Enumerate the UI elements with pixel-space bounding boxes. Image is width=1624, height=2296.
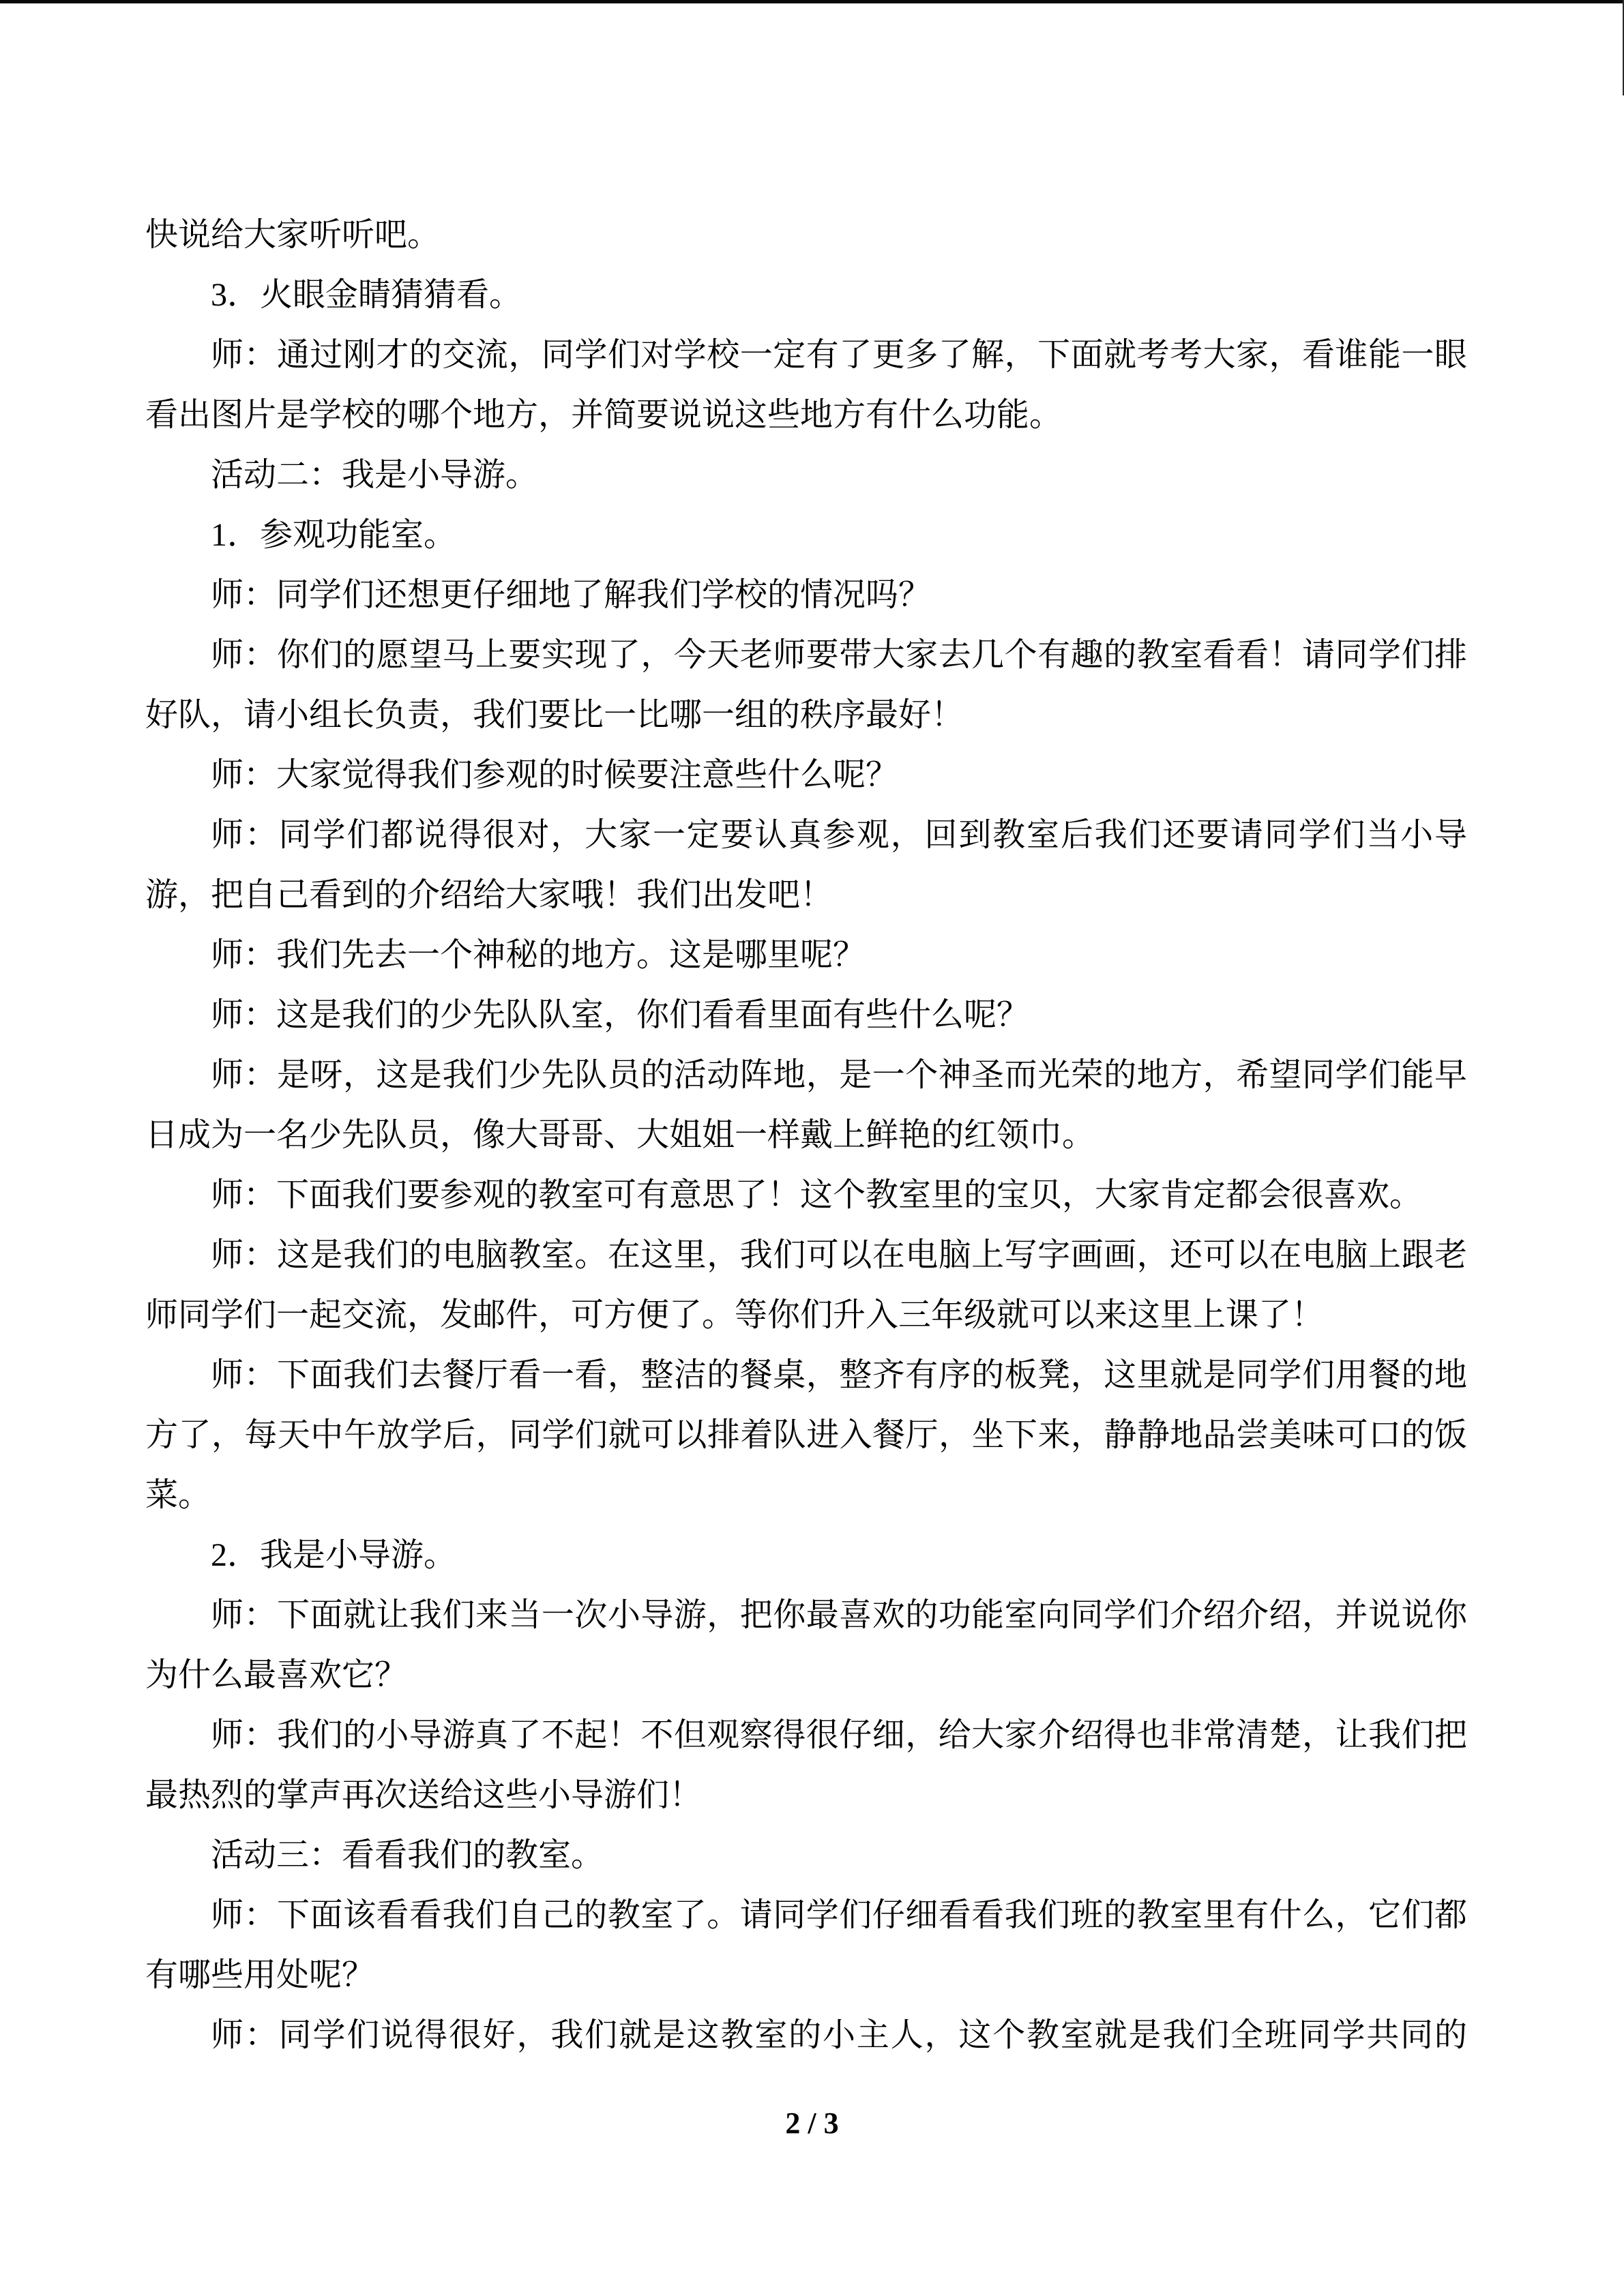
text-line: 1．参观功能室。 xyxy=(145,505,1467,565)
text-line: 有哪些用处呢？ xyxy=(145,1945,1467,2006)
text-line: 菜。 xyxy=(145,1465,1467,1525)
document-page: 快说给大家听听吧。3．火眼金睛猜猜看。师：通过刚才的交流，同学们对学校一定有了更… xyxy=(0,0,1624,2296)
page-footer: 2 / 3 xyxy=(0,2093,1624,2153)
text-line: 活动三：看看我们的教室。 xyxy=(145,1825,1467,1885)
text-line: 活动二：我是小导游。 xyxy=(145,445,1467,505)
text-line: 看出图片是学校的哪个地方，并简要说说这些地方有什么功能。 xyxy=(145,385,1467,445)
text-line: 日成为一名少先队员，像大哥哥、大姐姐一样戴上鲜艳的红领巾。 xyxy=(145,1105,1467,1165)
text-line: 2．我是小导游。 xyxy=(145,1525,1467,1585)
text-line: 师同学们一起交流，发邮件，可方便了。等你们升入三年级就可以来这里上课了！ xyxy=(145,1285,1467,1345)
text-line: 快说给大家听听吧。 xyxy=(145,205,1467,265)
text-line: 师：这是我们的少先队队室，你们看看里面有些什么呢？ xyxy=(145,985,1467,1045)
text-line: 好队，请小组长负责，我们要比一比哪一组的秩序最好！ xyxy=(145,685,1467,745)
text-line: 3．火眼金睛猜猜看。 xyxy=(145,265,1467,325)
text-line: 游，把自己看到的介绍给大家哦！我们出发吧！ xyxy=(145,865,1467,925)
text-line: 师：下面该看看我们自己的教室了。请同学们仔细看看我们班的教室里有什么，它们都 xyxy=(145,1885,1467,1945)
text-line: 师：下面我们去餐厅看一看，整洁的餐桌，整齐有序的板凳，这里就是同学们用餐的地 xyxy=(145,1345,1467,1405)
text-line: 方了，每天中午放学后，同学们就可以排着队进入餐厅，坐下来，静静地品尝美味可口的饭 xyxy=(145,1405,1467,1465)
page-number: 2 / 3 xyxy=(785,2106,838,2140)
text-line: 师：大家觉得我们参观的时候要注意些什么呢？ xyxy=(145,745,1467,805)
text-line: 师：你们的愿望马上要实现了，今天老师要带大家去几个有趣的教室看看！请同学们排 xyxy=(145,625,1467,685)
text-line: 师：同学们都说得很对，大家一定要认真参观，回到教室后我们还要请同学们当小导 xyxy=(145,805,1467,865)
text-line: 师：我们的小导游真了不起！不但观察得很仔细，给大家介绍得也非常清楚，让我们把 xyxy=(145,1705,1467,1765)
top-border-bar xyxy=(0,0,1624,3)
text-line: 为什么最喜欢它？ xyxy=(145,1645,1467,1705)
text-line: 师：同学们还想更仔细地了解我们学校的情况吗？ xyxy=(145,565,1467,625)
document-body: 快说给大家听听吧。3．火眼金睛猜猜看。师：通过刚才的交流，同学们对学校一定有了更… xyxy=(145,205,1467,2066)
text-line: 师：下面我们要参观的教室可有意思了！这个教室里的宝贝，大家肯定都会很喜欢。 xyxy=(145,1165,1467,1225)
text-line: 师：我们先去一个神秘的地方。这是哪里呢？ xyxy=(145,925,1467,985)
text-line: 师：下面就让我们来当一次小导游，把你最喜欢的功能室向同学们介绍介绍，并说说你 xyxy=(145,1585,1467,1645)
text-line: 师：通过刚才的交流，同学们对学校一定有了更多了解，下面就考考大家，看谁能一眼 xyxy=(145,325,1467,385)
text-line: 最热烈的掌声再次送给这些小导游们！ xyxy=(145,1765,1467,1825)
text-line: 师：是呀，这是我们少先队员的活动阵地，是一个神圣而光荣的地方，希望同学们能早 xyxy=(145,1045,1467,1105)
text-line: 师：同学们说得很好，我们就是这教室的小主人，这个教室就是我们全班同学共同的 xyxy=(145,2006,1467,2066)
text-line: 师：这是我们的电脑教室。在这里，我们可以在电脑上写字画画，还可以在电脑上跟老 xyxy=(145,1225,1467,1285)
